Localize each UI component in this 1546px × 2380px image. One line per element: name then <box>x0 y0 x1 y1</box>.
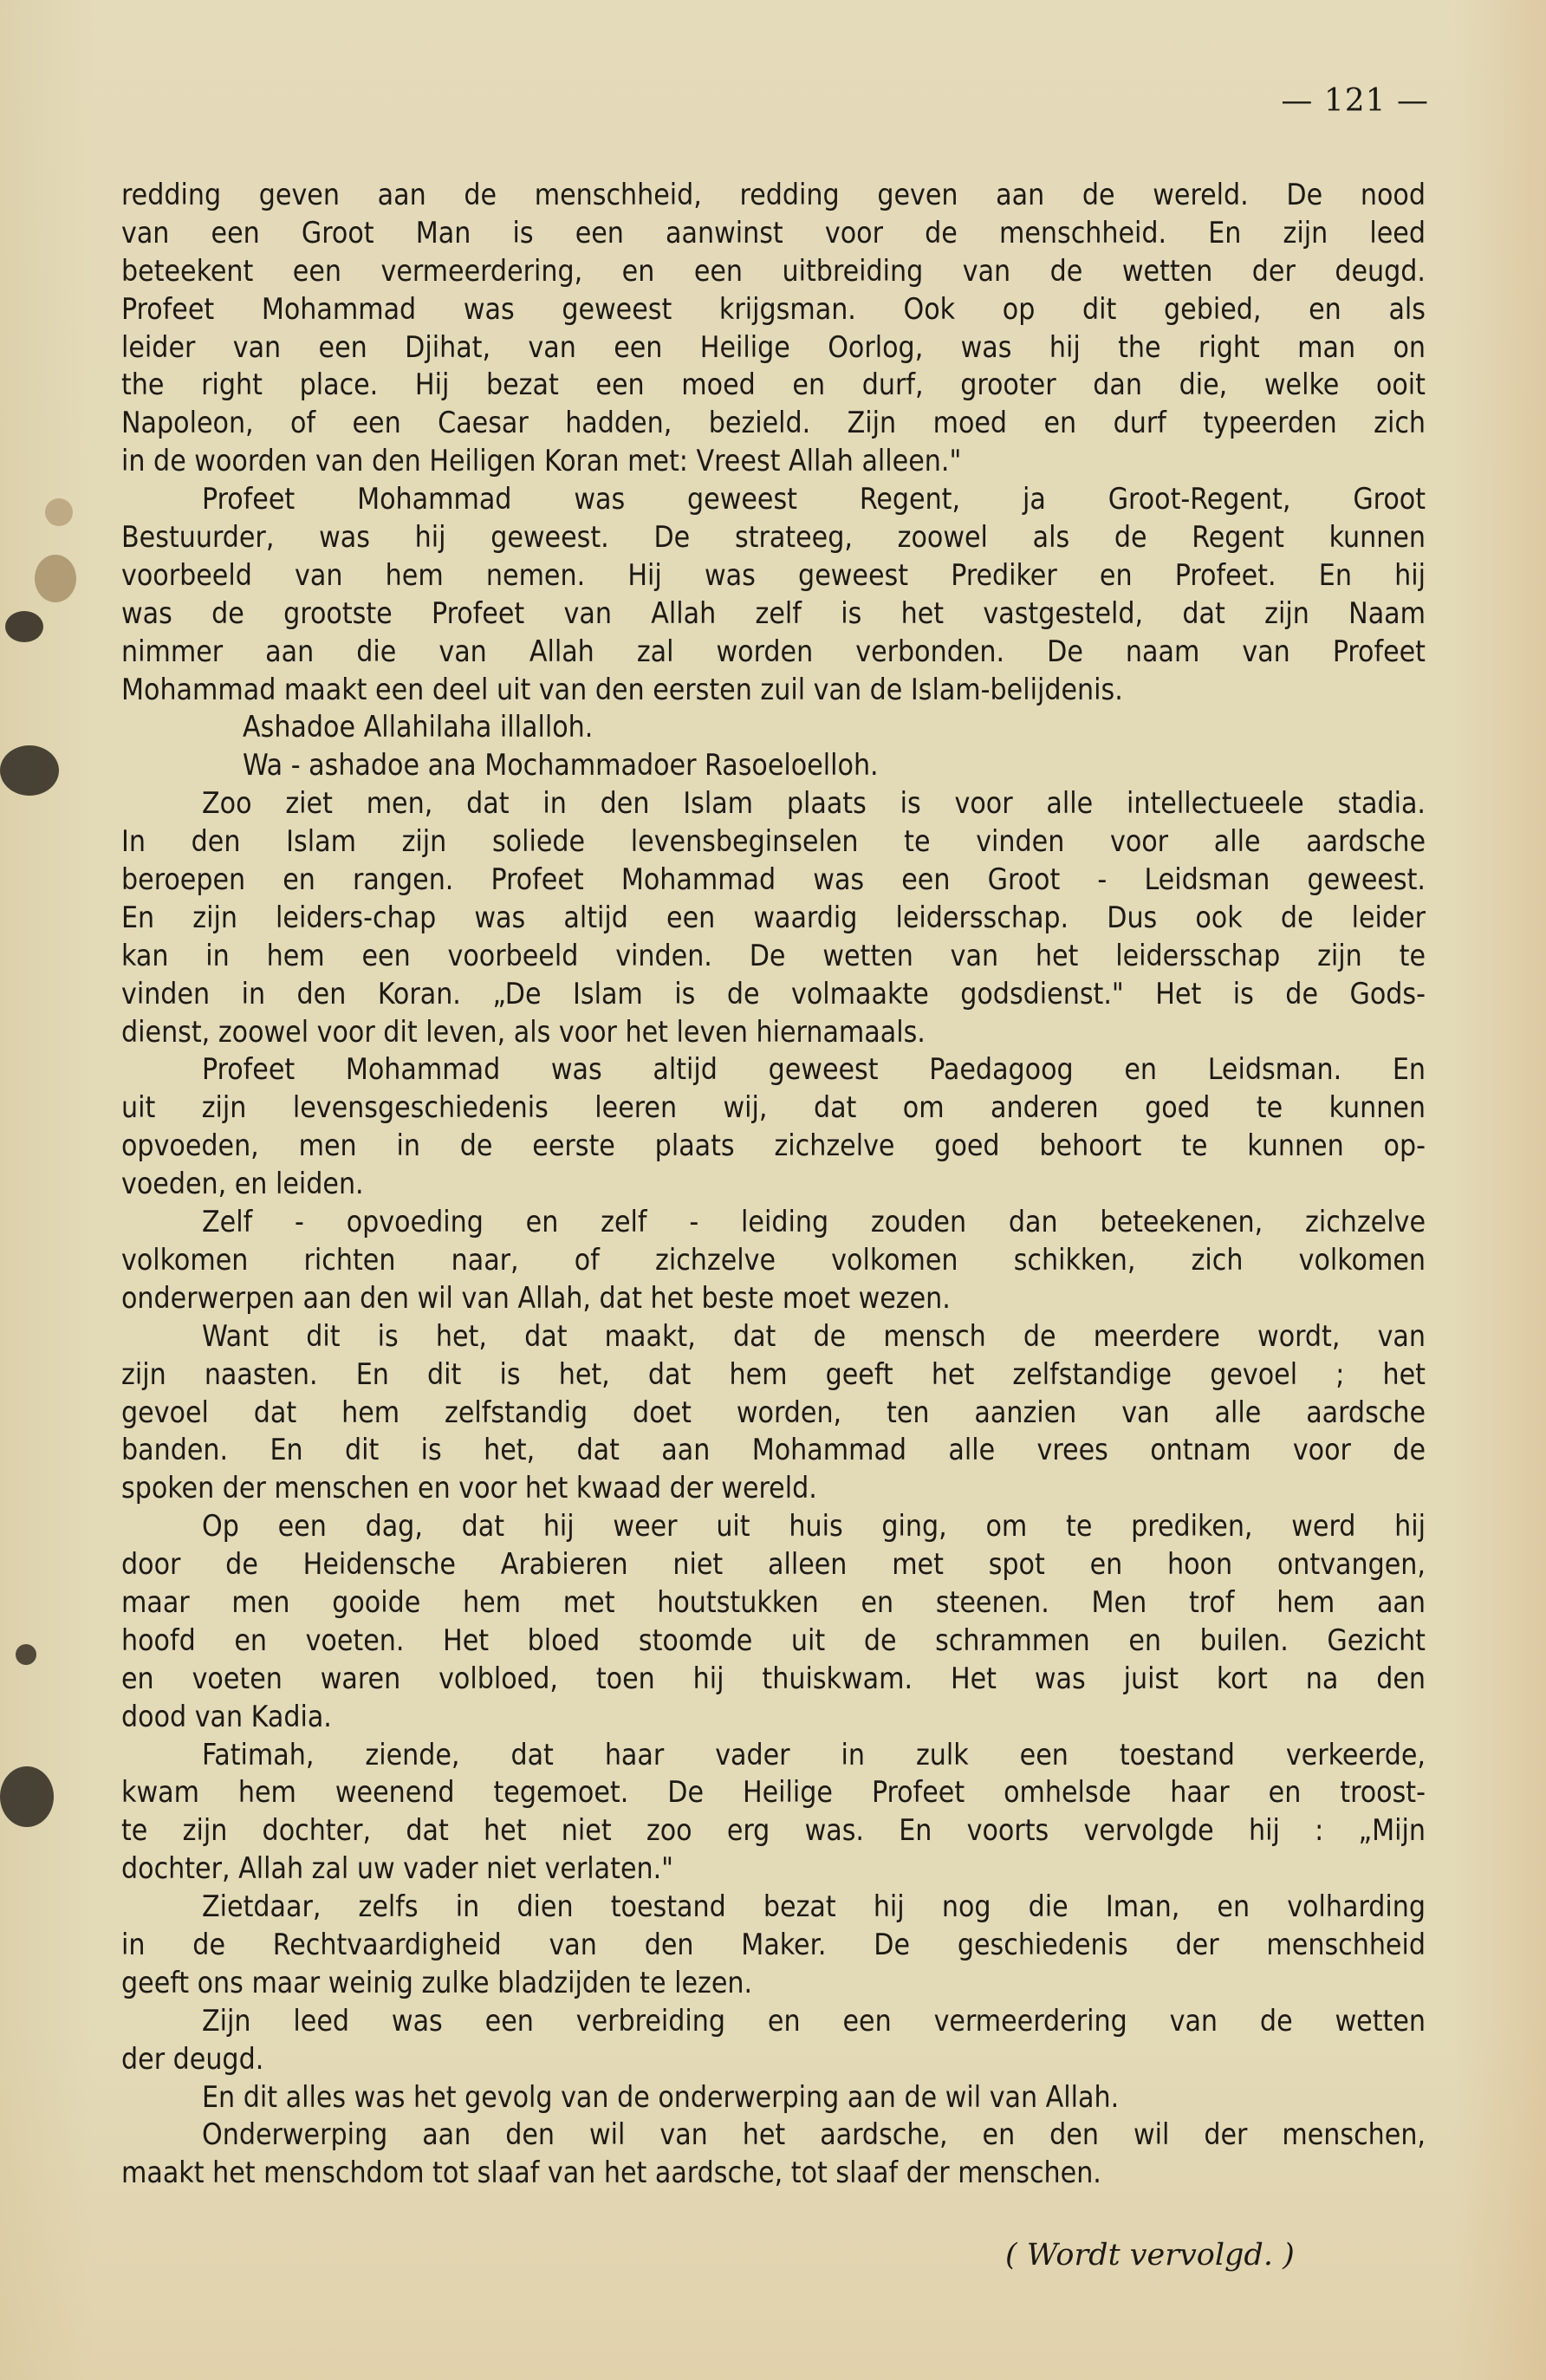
paragraph: Zoo ziet men, dat in den Islam plaats is… <box>121 784 1426 1050</box>
paragraph: Profeet Mohammad was geweest Regent, ja … <box>121 480 1426 708</box>
paragraph: Wa - ashadoe ana Mochammadoer Rasoeloell… <box>121 746 1426 784</box>
text-line: Op een dag, dat hij weer uit huis ging, … <box>121 1507 1426 1545</box>
text-line: door de Heidensche Arabieren niet alleen… <box>121 1545 1426 1583</box>
text-line: Napoleon, of een Caesar hadden, bezield.… <box>121 404 1426 442</box>
text-line: Profeet Mohammad was altijd geweest Paed… <box>121 1050 1426 1089</box>
text-line: van een Groot Man is een aanwinst voor d… <box>121 214 1426 252</box>
text-line: zijn naasten. En dit is het, dat hem gee… <box>121 1356 1426 1394</box>
text-line: kan in hem een voorbeeld vinden. De wett… <box>121 937 1426 975</box>
paragraph: Ashadoe Allahilaha illalloh. <box>121 708 1426 746</box>
text-line: maakt het menschdom tot slaaf van het aa… <box>121 2154 1426 2192</box>
text-line: Fatimah, ziende, dat haar vader in zulk … <box>121 1736 1426 1774</box>
ink-stain <box>45 498 73 526</box>
paragraph: Op een dag, dat hij weer uit huis ging, … <box>121 1507 1426 1735</box>
paragraph: Onderwerping aan den wil van het aardsch… <box>121 2116 1426 2192</box>
ink-blot <box>0 1766 54 1827</box>
ink-blot <box>5 611 43 642</box>
text-line: Profeet Mohammad was geweest krijgsman. … <box>121 290 1426 328</box>
text-line: redding geven aan de menschheid, redding… <box>121 176 1426 214</box>
text-line: Mohammad maakt een deel uit van den eers… <box>121 671 1426 709</box>
text-line: was de grootste Profeet van Allah zelf i… <box>121 595 1426 633</box>
text-line: beteekent een vermeerdering, en een uitb… <box>121 252 1426 290</box>
text-line: uit zijn levensgeschiedenis leeren wij, … <box>121 1089 1426 1127</box>
text-line: en voeten waren volbloed, toen hij thuis… <box>121 1660 1426 1698</box>
text-line: the right place. Hij bezat een moed en d… <box>121 366 1426 404</box>
paragraph: redding geven aan de menschheid, redding… <box>121 176 1426 480</box>
text-line: Bestuurder, was hij geweest. De strateeg… <box>121 518 1426 556</box>
paragraph: Want dit is het, dat maakt, dat de mensc… <box>121 1317 1426 1507</box>
text-line: spoken der menschen en voor het kwaad de… <box>121 1469 1426 1507</box>
text-line: in de Rechtvaardigheid van den Maker. De… <box>121 1926 1426 1964</box>
text-line: dienst, zoowel voor dit leven, als voor … <box>121 1013 1426 1051</box>
ink-blot <box>0 745 59 796</box>
text-line: Zoo ziet men, dat in den Islam plaats is… <box>121 784 1426 823</box>
paragraph: Zietdaar, zelfs in dien toestand bezat h… <box>121 1888 1426 2002</box>
text-line: beroepen en rangen. Profeet Mohammad was… <box>121 861 1426 899</box>
text-line: in de woorden van den Heiligen Koran met… <box>121 442 1426 480</box>
text-line: Wa - ashadoe ana Mochammadoer Rasoeloell… <box>121 746 1426 784</box>
text-line: vinden in den Koran. „De Islam is de vol… <box>121 975 1426 1013</box>
text-line: leider van een Djihat, van een Heilige O… <box>121 328 1426 367</box>
ink-stain <box>35 555 76 602</box>
page-number: — 121 — <box>1281 83 1429 119</box>
text-line: der deugd. <box>121 2040 1426 2078</box>
text-line: banden. En dit is het, dat aan Mohammad … <box>121 1431 1426 1469</box>
text-line: Profeet Mohammad was geweest Regent, ja … <box>121 480 1426 518</box>
text-line: dood van Kadia. <box>121 1698 1426 1736</box>
text-line: Zijn leed was een verbreiding en een ver… <box>121 2002 1426 2040</box>
text-line: dochter, Allah zal uw vader niet verlate… <box>121 1850 1426 1888</box>
text-line: voorbeeld van hem nemen. Hij was geweest… <box>121 556 1426 595</box>
text-line: geeft ons maar weinig zulke bladzijden t… <box>121 1964 1426 2002</box>
paragraph: Fatimah, ziende, dat haar vader in zulk … <box>121 1736 1426 1889</box>
text-line: opvoeden, men in de eerste plaats zichze… <box>121 1127 1426 1165</box>
text-line: In den Islam zijn soliede levensbeginsel… <box>121 823 1426 861</box>
text-line: Zelf - opvoeding en zelf - leiding zoude… <box>121 1203 1426 1241</box>
text-line: Onderwerping aan den wil van het aardsch… <box>121 2116 1426 2154</box>
text-line: Ashadoe Allahilaha illalloh. <box>121 708 1426 746</box>
text-line: volkomen richten naar, of zichzelve volk… <box>121 1241 1426 1279</box>
text-line: gevoel dat hem zelfstandig doet worden, … <box>121 1394 1426 1432</box>
text-line: hoofd en voeten. Het bloed stoomde uit d… <box>121 1622 1426 1660</box>
continuation-note: ( Wordt vervolgd. ) <box>1005 2238 1295 2273</box>
text-body: redding geven aan de menschheid, redding… <box>121 176 1426 2192</box>
text-line: nimmer aan die van Allah zal worden verb… <box>121 633 1426 671</box>
ink-blot <box>16 1644 36 1665</box>
text-line: Want dit is het, dat maakt, dat de mensc… <box>121 1317 1426 1356</box>
paragraph: Zijn leed was een verbreiding en een ver… <box>121 2002 1426 2078</box>
paragraph: Profeet Mohammad was altijd geweest Paed… <box>121 1050 1426 1203</box>
text-line: voeden, en leiden. <box>121 1165 1426 1203</box>
text-line: maar men gooide hem met houtstukken en s… <box>121 1583 1426 1622</box>
text-line: En zijn leiders-chap was altijd een waar… <box>121 899 1426 937</box>
paragraph: En dit alles was het gevolg van de onder… <box>121 2078 1426 2117</box>
text-line: te zijn dochter, dat het niet zoo erg wa… <box>121 1811 1426 1850</box>
text-line: Zietdaar, zelfs in dien toestand bezat h… <box>121 1888 1426 1926</box>
text-line: En dit alles was het gevolg van de onder… <box>121 2078 1426 2117</box>
paragraph: Zelf - opvoeding en zelf - leiding zoude… <box>121 1203 1426 1317</box>
text-line: onderwerpen aan den wil van Allah, dat h… <box>121 1279 1426 1317</box>
text-line: kwam hem weenend tegemoet. De Heilige Pr… <box>121 1773 1426 1811</box>
